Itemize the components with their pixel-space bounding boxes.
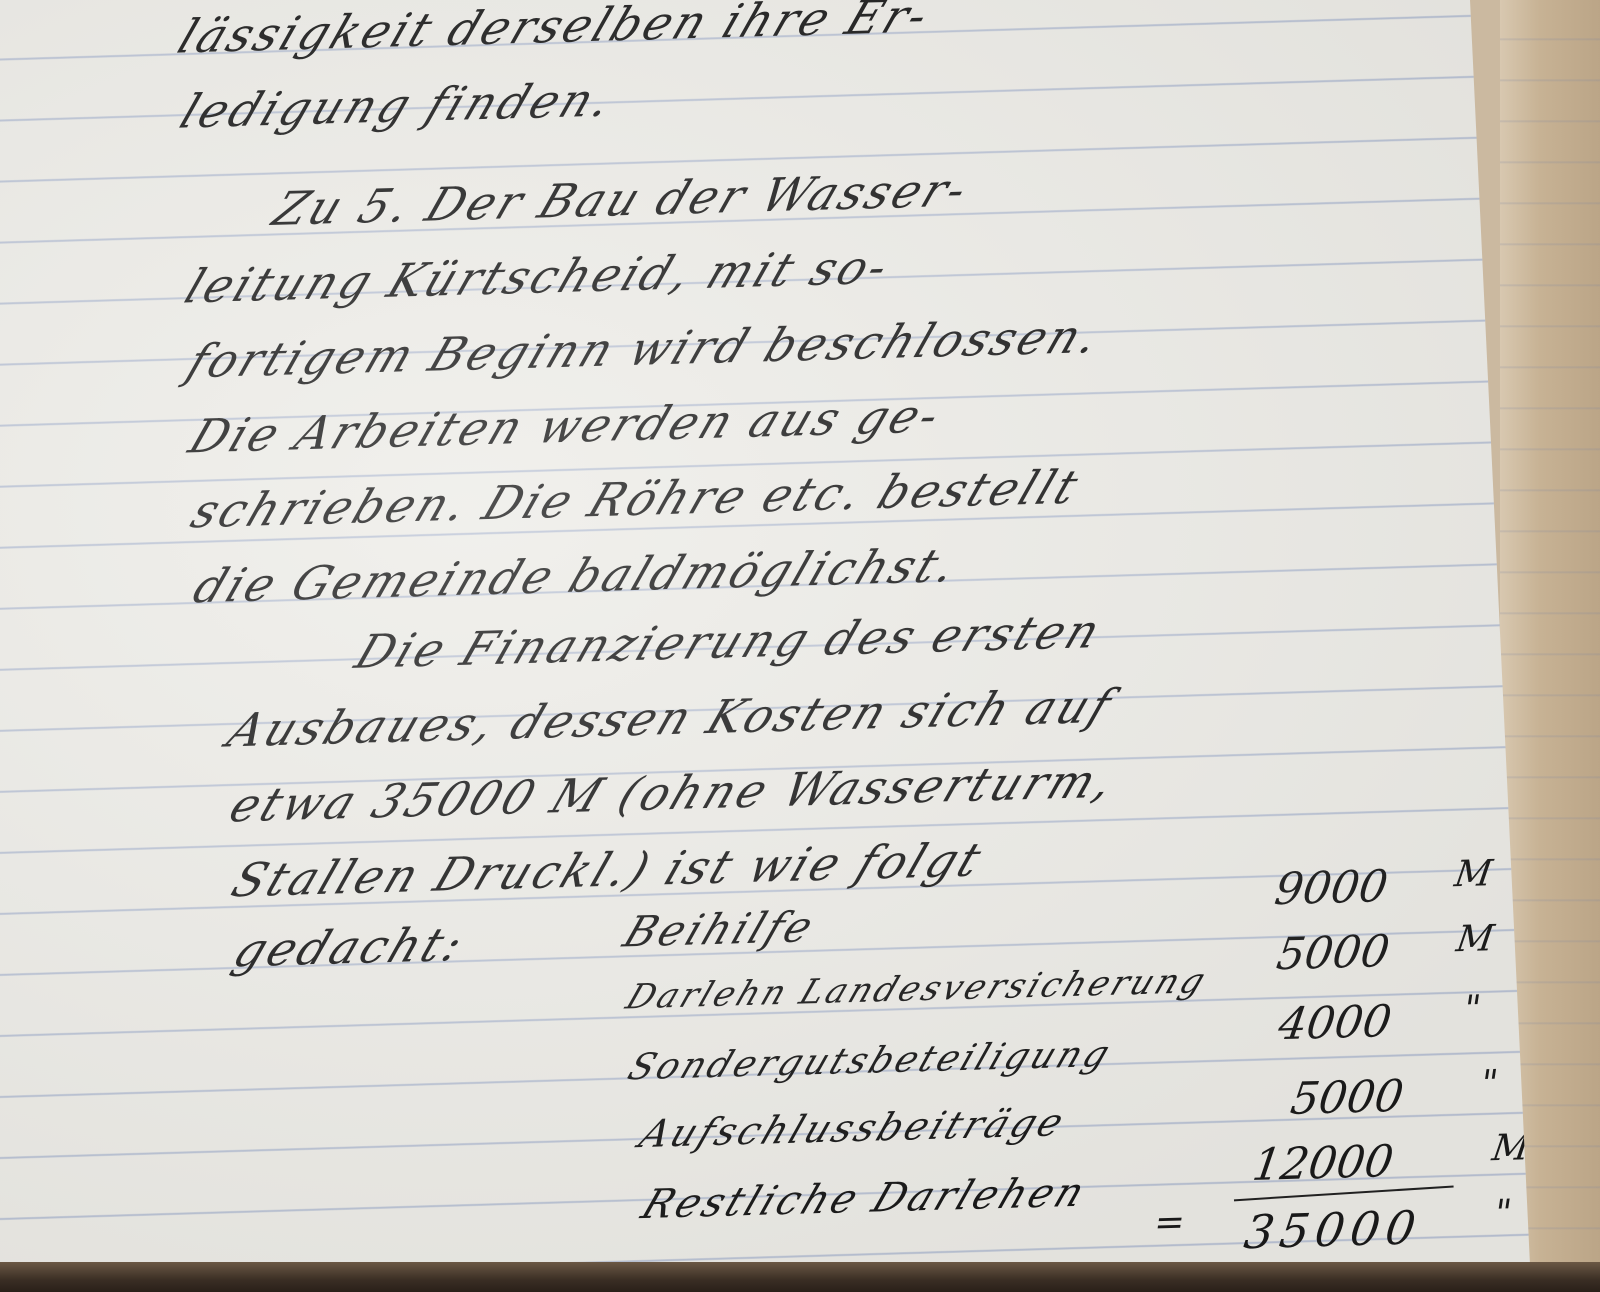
financing-item-unit: M [1454,918,1497,960]
financing-item-amount: 12000 [1249,1136,1396,1191]
financing-item-amount: 5000 [1273,926,1393,980]
text-line: Stallen Druckl.) ist wie folgt [224,832,991,907]
total-amount: 35000 [1241,1200,1425,1259]
sum-underline [1234,1186,1454,1202]
financing-item-label: Darlehn Landesversicherung [621,961,1214,1018]
financing-item-label: Sondergutsbeteiligung [622,1034,1118,1089]
text-line: leitung Kürtscheid, mit so- [178,239,899,313]
text-line: ledigung finden. [173,72,622,139]
financing-item-amount: 4000 [1275,996,1395,1050]
financing-item-unit: " [1478,1063,1501,1105]
financing-item-unit: M [1452,853,1495,895]
text-line: fortigem Beginn wird beschlossen. [180,309,1110,389]
total-prefix: = [1152,1202,1188,1244]
financing-item-amount: 5000 [1287,1071,1407,1125]
financing-item-label: Aufschlussbeiträge [634,1100,1073,1156]
text-line: gedacht: [226,917,473,978]
notebook-page: lässigkeit derselben ihre Er- ledigung f… [0,0,1560,1265]
financing-item-label: Beihilfe [617,902,823,957]
section-heading-zu-5: Zu 5. Der Bau der Wasser- [266,162,978,236]
text-line: die Gemeinde baldmöglichst. [186,538,967,614]
text-line: etwa 35000 M (ohne Wasserturm, [222,753,1124,832]
financing-item-amount: 9000 [1271,861,1391,915]
book-bottom-edge [0,1262,1600,1292]
text-line: lässigkeit derselben ihre Er- [171,0,939,64]
text-line: Die Finanzierung des ersten [348,604,1110,679]
financing-item-label: Restliche Darlehen [635,1169,1093,1228]
total-unit: " [1491,1193,1514,1235]
text-line: Ausbaues, dessen Kosten sich auf [220,678,1121,757]
financing-item-unit: " [1461,988,1484,1030]
text-line: schrieben. Die Röhre etc. bestellt [184,459,1088,538]
text-line: Die Arbeiten werden aus ge- [182,388,950,463]
